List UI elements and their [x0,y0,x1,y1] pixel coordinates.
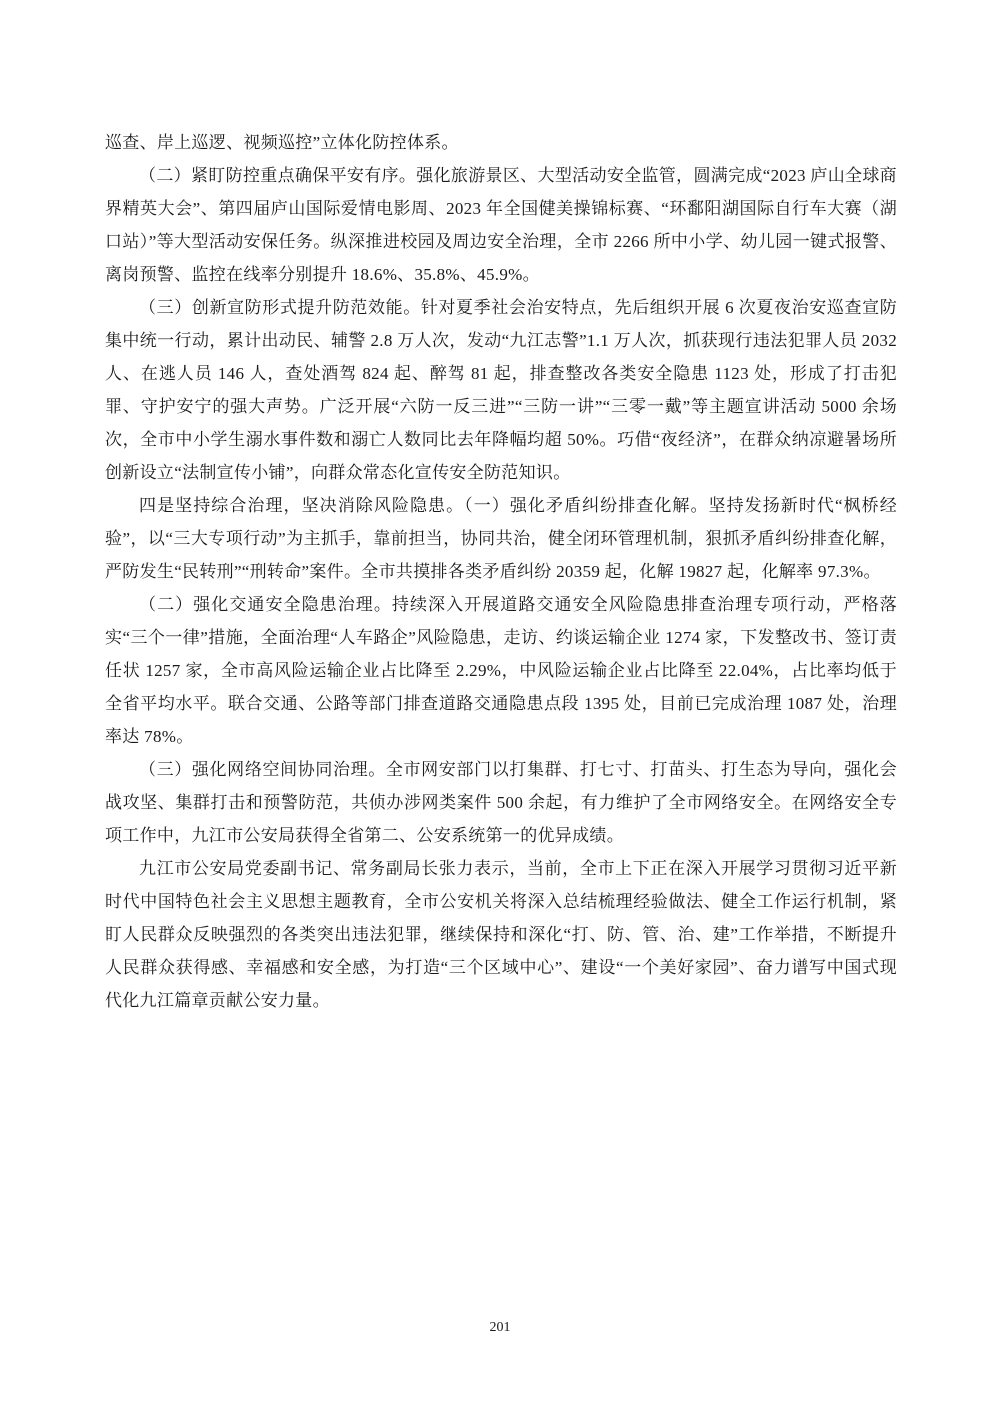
paragraph-part-four: 四是坚持综合治理，坚决消除风险隐患。（一）强化矛盾纠纷排查化解。坚持发扬新时代“… [105,489,897,588]
document-page: 巡查、岸上巡逻、视频巡控”立体化防控体系。 （二）紧盯防控重点确保平安有序。强化… [0,0,1000,1414]
paragraph-section-2: （二）紧盯防控重点确保平安有序。强化旅游景区、大型活动安全监管，圆满完成“202… [105,159,897,291]
paragraph-cyberspace: （三）强化网络空间协同治理。全市网安部门以打集群、打七寸、打苗头、打生态为导向，… [105,753,897,852]
paragraph-closing-statement: 九江市公安局党委副书记、常务副局长张力表示，当前，全市上下正在深入开展学习贯彻习… [105,852,897,1017]
page-number: 201 [0,1320,1000,1336]
paragraph-traffic-safety: （二）强化交通安全隐患治理。持续深入开展道路交通安全风险隐患排查治理专项行动，严… [105,588,897,753]
paragraph-section-3: （三）创新宣防形式提升防范效能。针对夏季社会治安特点，先后组织开展 6 次夏夜治… [105,291,897,489]
paragraph-continuation: 巡查、岸上巡逻、视频巡控”立体化防控体系。 [105,126,897,159]
